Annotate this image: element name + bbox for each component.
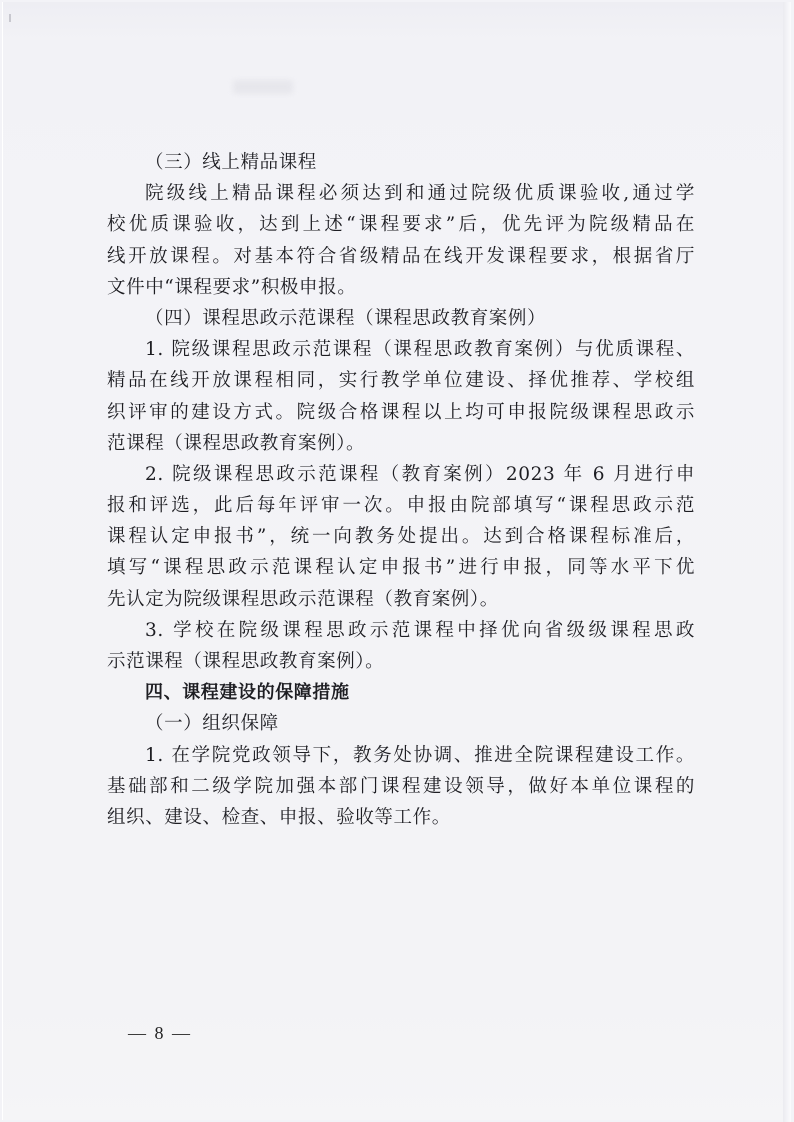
text-line: 范课程（课程思政教育案例）。 — [107, 428, 695, 459]
paragraph-item-2: 2. 院级课程思政示范课程（教育案例）2023 年 6 月进行申 报和评选，此后… — [107, 459, 695, 615]
section-subheading-organization: （一）组织保障 — [107, 708, 695, 739]
page-number: — 8 — — [128, 1023, 192, 1044]
section-subheading-ideological-courses: （四）课程思政示范课程（课程思政教育案例） — [107, 303, 695, 334]
paragraph-item-1: 1. 院级课程思政示范课程（课程思政教育案例）与优质课程、 精品在线开放课程相同… — [107, 334, 695, 459]
text-line: 基础部和二级学院加强本部门课程建设领导，做好本单位课程的 — [107, 771, 695, 802]
text-line: 1. 在学院党政领导下，教务处协调、推进全院课程建设工作。 — [107, 740, 695, 771]
text-line: 院级线上精品课程必须达到和通过院级优质课验收,通过学 — [107, 178, 695, 209]
text-line: 2. 院级课程思政示范课程（教育案例）2023 年 6 月进行申 — [107, 459, 695, 490]
bleed-through-header — [233, 80, 293, 94]
document-body: （三）线上精品课程 院级线上精品课程必须达到和通过院级优质课验收,通过学 校优质… — [107, 147, 695, 833]
text-line: 3. 学校在院级课程思政示范课程中择优向省级级课程思政 — [107, 615, 695, 646]
text-line: 线开放课程。对基本符合省级精品在线开发课程要求，根据省厅 — [107, 241, 695, 272]
text-line: 组织、建设、检查、申报、验收等工作。 — [107, 802, 695, 833]
text-line: 1. 院级课程思政示范课程（课程思政教育案例）与优质课程、 — [107, 334, 695, 365]
text-line: 精品在线开放课程相同，实行教学单位建设、择优推荐、学校组 — [107, 365, 695, 396]
scan-edge-shadow — [783, 2, 791, 1122]
text-line: 校优质课验收，达到上述“课程要求”后，优先评为院级精品在 — [107, 209, 695, 240]
text-line: 填写“课程思政示范课程认定申报书”进行申报，同等水平下优 — [107, 552, 695, 583]
document-page: （三）线上精品课程 院级线上精品课程必须达到和通过院级优质课验收,通过学 校优质… — [2, 2, 791, 1120]
text-line: 课程认定申报书”，统一向教务处提出。达到合格课程标准后， — [107, 521, 695, 552]
text-line: 示范课程（课程思政教育案例）。 — [107, 646, 695, 677]
text-line: 先认定为院级课程思政示范课程（教育案例）。 — [107, 584, 695, 615]
text-line: 文件中“课程要求”积极申报。 — [107, 272, 695, 303]
section-subheading-online-courses: （三）线上精品课程 — [107, 147, 695, 178]
scan-edge-mark — [9, 14, 11, 22]
text-line: 报和评选，此后每年评审一次。申报由院部填写“课程思政示范 — [107, 490, 695, 521]
section-heading-safeguards: 四、课程建设的保障措施 — [107, 677, 695, 708]
text-line: 织评审的建设方式。院级合格课程以上均可申报院级课程思政示 — [107, 397, 695, 428]
paragraph-organization-1: 1. 在学院党政领导下，教务处协调、推进全院课程建设工作。 基础部和二级学院加强… — [107, 740, 695, 834]
paragraph-online-courses: 院级线上精品课程必须达到和通过院级优质课验收,通过学 校优质课验收，达到上述“课… — [107, 178, 695, 303]
paragraph-item-3: 3. 学校在院级课程思政示范课程中择优向省级级课程思政 示范课程（课程思政教育案… — [107, 615, 695, 677]
